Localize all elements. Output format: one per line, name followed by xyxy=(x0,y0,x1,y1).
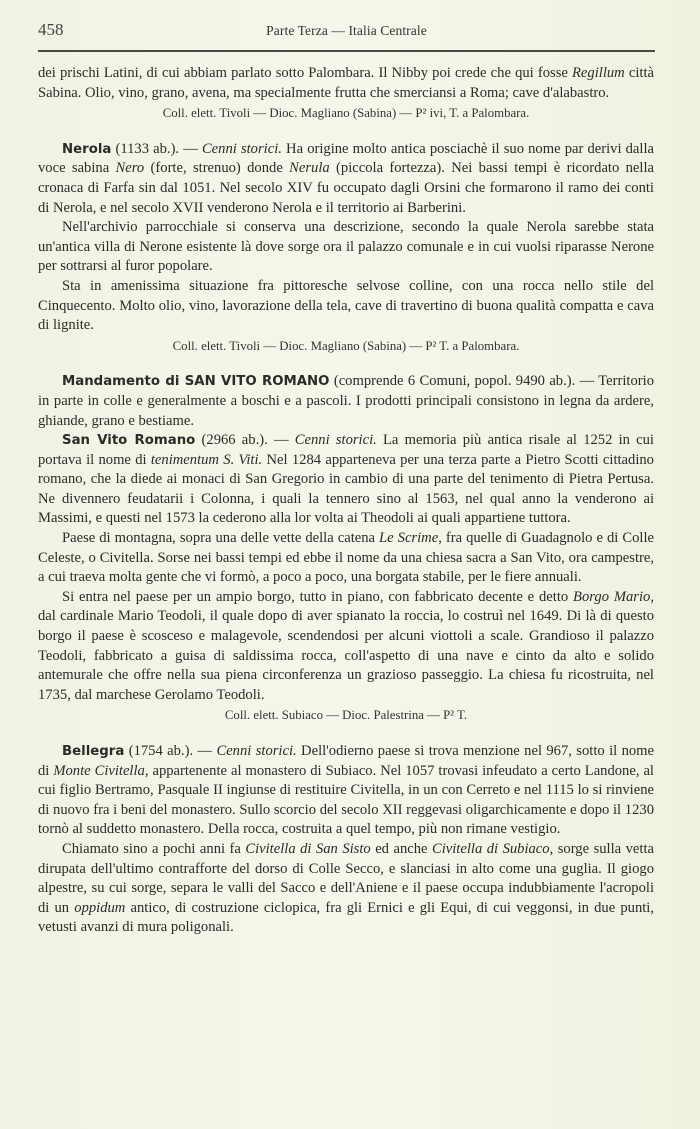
italic-text: Nero xyxy=(116,160,145,176)
text-run: dei prischi Latini, di cui abbiam parlat… xyxy=(38,65,572,81)
text-run: Paese di montagna, sopra una delle vette… xyxy=(62,530,379,546)
entry-name: Bellegra xyxy=(62,744,124,759)
paragraph: dei prischi Latini, di cui abbiam parlat… xyxy=(38,64,654,103)
paragraph: Nerola (1133 ab.). — Cenni storici. Ha o… xyxy=(38,140,654,218)
electoral-info: Coll. elett. Tivoli — Dioc. Magliano (Sa… xyxy=(38,104,654,124)
text-run: antico, di costruzione ciclopica, fra gl… xyxy=(38,900,654,936)
section-continuation: dei prischi Latini, di cui abbiam parlat… xyxy=(38,64,654,124)
header-rule xyxy=(38,50,655,52)
page-body: dei prischi Latini, di cui abbiam parlat… xyxy=(38,64,654,938)
paragraph: Chiamato sino a pochi anni fa Civitella … xyxy=(38,840,654,938)
italic-text: Civitella di San Sisto xyxy=(245,841,370,857)
entry-name: Mandamento di SAN VITO ROMANO xyxy=(62,374,330,389)
electoral-info: Coll. elett. Subiaco — Dioc. Palestrina … xyxy=(38,706,654,726)
text-run: (2966 ab.). — xyxy=(195,432,294,448)
paragraph: Si entra nel paese per un ampio borgo, t… xyxy=(38,588,654,706)
italic-text: Cenni storici. xyxy=(202,141,282,157)
entry-name: Nerola xyxy=(62,142,111,157)
text-run: Si entra nel paese per un ampio borgo, t… xyxy=(62,589,573,605)
italic-text: Monte Civitella xyxy=(53,763,145,779)
paragraph: Paese di montagna, sopra una delle vette… xyxy=(38,529,654,588)
text-run: (1754 ab.). — xyxy=(124,743,216,759)
italic-text: Regillum xyxy=(572,65,625,81)
paragraph: Sta in amenissima situazione fra pittore… xyxy=(38,277,654,336)
text-run: , dal cardinale Mario Teodoli, il quale … xyxy=(38,589,654,703)
paragraph: Bellegra (1754 ab.). — Cenni storici. De… xyxy=(38,742,654,840)
book-page: 458 Parte Terza — Italia Centrale dei pr… xyxy=(0,0,700,1129)
paragraph: San Vito Romano (2966 ab.). — Cenni stor… xyxy=(38,431,654,529)
text-run: Nell'archivio parrocchiale si conserva u… xyxy=(38,219,654,274)
italic-text: oppidum xyxy=(74,900,125,916)
italic-text: Cenni storici. xyxy=(295,432,377,448)
italic-text: Civitella di Subiaco xyxy=(432,841,550,857)
electoral-info: Coll. elett. Tivoli — Dioc. Magliano (Sa… xyxy=(38,337,654,357)
text-run: ed anche xyxy=(371,841,432,857)
italic-text: Cenni storici. xyxy=(216,743,296,759)
text-run: (1133 ab.). — xyxy=(111,141,202,157)
italic-text: Le Scrime xyxy=(379,530,438,546)
italic-text: Nerula xyxy=(289,160,330,176)
italic-text: tenimentum S. Viti. xyxy=(151,452,262,468)
running-head: Parte Terza — Italia Centrale xyxy=(38,23,655,39)
section-mandamento-san-vito: Mandamento di SAN VITO ROMANO (comprende… xyxy=(38,372,654,726)
entry-name: San Vito Romano xyxy=(62,433,195,448)
section-bellegra: Bellegra (1754 ab.). — Cenni storici. De… xyxy=(38,742,654,938)
section-nerola: Nerola (1133 ab.). — Cenni storici. Ha o… xyxy=(38,140,654,357)
text-run: Chiamato sino a pochi anni fa xyxy=(62,841,245,857)
text-run: (forte, strenuo) donde xyxy=(144,160,289,176)
italic-text: Borgo Mario xyxy=(573,589,650,605)
text-run: Sta in amenissima situazione fra pittore… xyxy=(38,278,654,333)
page-header: 458 Parte Terza — Italia Centrale xyxy=(38,20,655,42)
paragraph: Mandamento di SAN VITO ROMANO (comprende… xyxy=(38,372,654,431)
paragraph: Nell'archivio parrocchiale si conserva u… xyxy=(38,218,654,277)
